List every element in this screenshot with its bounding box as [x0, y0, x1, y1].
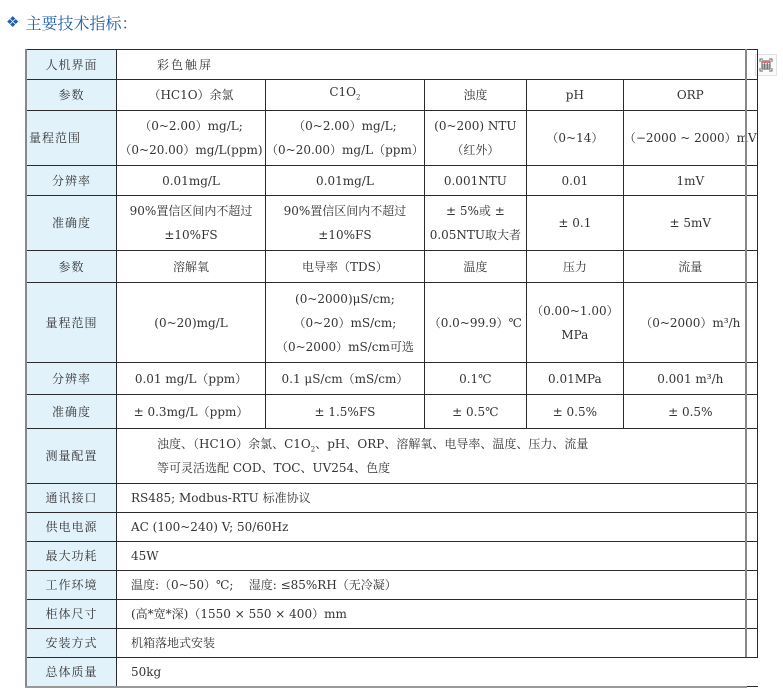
config-value: 浊度、（HC1O）余氯、C1O2、pH、ORP、溶解氧、电导率、温度、压力、流量…	[117, 429, 758, 484]
accuracy-cell: ± 0.1	[526, 196, 623, 251]
resolution-label: 分辨率	[27, 166, 117, 196]
param-cell: （HC1O）余氯	[117, 80, 266, 111]
row-installation: 安装方式 机箱落地式安装	[27, 629, 758, 658]
param-cell: 浊度	[424, 80, 526, 111]
resolution-cell: 0.1 μS/cm（mS/cm）	[266, 363, 425, 395]
param-label: 参数	[27, 80, 117, 111]
range-label: 量程范围	[27, 283, 117, 363]
installation-value: 机箱落地式安装	[117, 629, 758, 658]
param-cell: C1O2	[266, 80, 425, 111]
accuracy-cell: 90%置信区间内不超过±10%FS	[266, 196, 425, 251]
resolution-cell: 0.01 mg/L（ppm）	[117, 363, 266, 395]
range-cell: （0.0~99.9）℃	[424, 283, 526, 363]
row-weight: 总体质量 50kg	[27, 658, 758, 687]
accuracy-cell: ± 5mV	[623, 196, 757, 251]
range-cell: (0~20)mg/L	[117, 283, 266, 363]
spec-table: 人机界面 彩色触屏 参数 （HC1O）余氯 C1O2 浊度 pH ORP 量程范…	[26, 49, 758, 687]
hmi-value: 彩色触屏	[117, 50, 758, 80]
row-dimensions: 柜体尺寸 (高*宽*深)（1550 × 550 × 400）mm	[27, 600, 758, 629]
row-params-2: 参数 溶解氧 电导率（TDS） 温度 压力 流量	[27, 251, 758, 283]
table-bottom-border	[25, 686, 747, 688]
row-consumption: 最大功耗 45W	[27, 542, 758, 571]
range-cell: （0~14）	[526, 111, 623, 166]
row-hmi: 人机界面 彩色触屏	[27, 50, 758, 80]
weight-value: 50kg	[117, 658, 758, 687]
table-tool-button[interactable]	[755, 54, 777, 76]
row-resolution-1: 分辨率 0.01mg/L 0.01mg/L 0.001NTU 0.01 1mV	[27, 166, 758, 196]
diamond-bullet-icon: ❖	[6, 13, 19, 31]
param-cell: 流量	[623, 251, 757, 283]
param-cell: 电导率（TDS）	[266, 251, 425, 283]
table-calculator-icon	[759, 58, 773, 72]
resolution-cell: 1mV	[623, 166, 757, 196]
comm-label: 通讯接口	[27, 484, 117, 513]
row-accuracy-1: 准确度 90%置信区间内不超过±10%FS 90%置信区间内不超过±10%FS …	[27, 196, 758, 251]
hmi-label: 人机界面	[27, 50, 117, 80]
row-environment: 工作环境 温度:（0~50）℃; 湿度: ≤85%RH（无冷凝）	[27, 571, 758, 600]
param-cell: pH	[526, 80, 623, 111]
installation-label: 安装方式	[27, 629, 117, 658]
range-cell: （−2000 ~ 2000）mV	[623, 111, 757, 166]
accuracy-cell: ± 5%或 ±0.05NTU取大者	[424, 196, 526, 251]
range-cell: （0~2000）m³/h	[623, 283, 757, 363]
accuracy-cell: ± 0.5%	[623, 395, 757, 429]
accuracy-cell: ± 0.3mg/L（ppm）	[117, 395, 266, 429]
power-label: 供电电源	[27, 513, 117, 542]
config-label: 测量配置	[27, 429, 117, 484]
accuracy-label: 准确度	[27, 395, 117, 429]
dimensions-value: (高*宽*深)（1550 × 550 × 400）mm	[117, 600, 758, 629]
resolution-label: 分辨率	[27, 363, 117, 395]
resolution-cell: 0.01	[526, 166, 623, 196]
environment-value: 温度:（0~50）℃; 湿度: ≤85%RH（无冷凝）	[117, 571, 758, 600]
accuracy-cell: ± 0.5%	[526, 395, 623, 429]
range-cell: (0~200) NTU（红外）	[424, 111, 526, 166]
row-comm: 通讯接口 RS485; Modbus-RTU 标准协议	[27, 484, 758, 513]
param-cell: 溶解氧	[117, 251, 266, 283]
row-config: 测量配置 浊度、（HC1O）余氯、C1O2、pH、ORP、溶解氧、电导率、温度、…	[27, 429, 758, 484]
resolution-cell: 0.01MPa	[526, 363, 623, 395]
resolution-cell: 0.001 m³/h	[623, 363, 757, 395]
range-cell: （0~2.00）mg/L;（0~20.00）mg/L(ppm)	[117, 111, 266, 166]
consumption-value: 45W	[117, 542, 758, 571]
row-params-1: 参数 （HC1O）余氯 C1O2 浊度 pH ORP	[27, 80, 758, 111]
param-cell: 温度	[424, 251, 526, 283]
row-resolution-2: 分辨率 0.01 mg/L（ppm） 0.1 μS/cm（mS/cm） 0.1℃…	[27, 363, 758, 395]
dimensions-label: 柜体尺寸	[27, 600, 117, 629]
range-cell: （0.00~1.00）MPa	[526, 283, 623, 363]
accuracy-cell: 90%置信区间内不超过±10%FS	[117, 196, 266, 251]
accuracy-cell: ± 1.5%FS	[266, 395, 425, 429]
row-power: 供电电源 AC (100~240) V; 50/60Hz	[27, 513, 758, 542]
range-cell: （0~2.00）mg/L;（0~20.00）mg/L（ppm）	[266, 111, 425, 166]
accuracy-label: 准确度	[27, 196, 117, 251]
environment-label: 工作环境	[27, 571, 117, 600]
consumption-label: 最大功耗	[27, 542, 117, 571]
resolution-cell: 0.1℃	[424, 363, 526, 395]
param-label: 参数	[27, 251, 117, 283]
accuracy-cell: ± 0.5℃	[424, 395, 526, 429]
weight-label: 总体质量	[27, 658, 117, 687]
resolution-cell: 0.001NTU	[424, 166, 526, 196]
resolution-cell: 0.01mg/L	[117, 166, 266, 196]
range-label: 量程范围	[27, 111, 117, 166]
param-cell: ORP	[623, 80, 757, 111]
table-right-border	[745, 49, 747, 657]
table-left-border	[25, 49, 27, 687]
row-accuracy-2: 准确度 ± 0.3mg/L（ppm） ± 1.5%FS ± 0.5℃ ± 0.5…	[27, 395, 758, 429]
section-heading: ❖ 主要技术指标：	[6, 10, 137, 34]
param-cell: 压力	[526, 251, 623, 283]
range-cell: (0~2000)μS/cm;（0~20）mS/cm;（0~2000）mS/cm可…	[266, 283, 425, 363]
row-range-2: 量程范围 (0~20)mg/L (0~2000)μS/cm;（0~20）mS/c…	[27, 283, 758, 363]
resolution-cell: 0.01mg/L	[266, 166, 425, 196]
section-title: 主要技术指标：	[25, 11, 137, 34]
row-range-1: 量程范围 （0~2.00）mg/L;（0~20.00）mg/L(ppm) （0~…	[27, 111, 758, 166]
power-value: AC (100~240) V; 50/60Hz	[117, 513, 758, 542]
comm-value: RS485; Modbus-RTU 标准协议	[117, 484, 758, 513]
